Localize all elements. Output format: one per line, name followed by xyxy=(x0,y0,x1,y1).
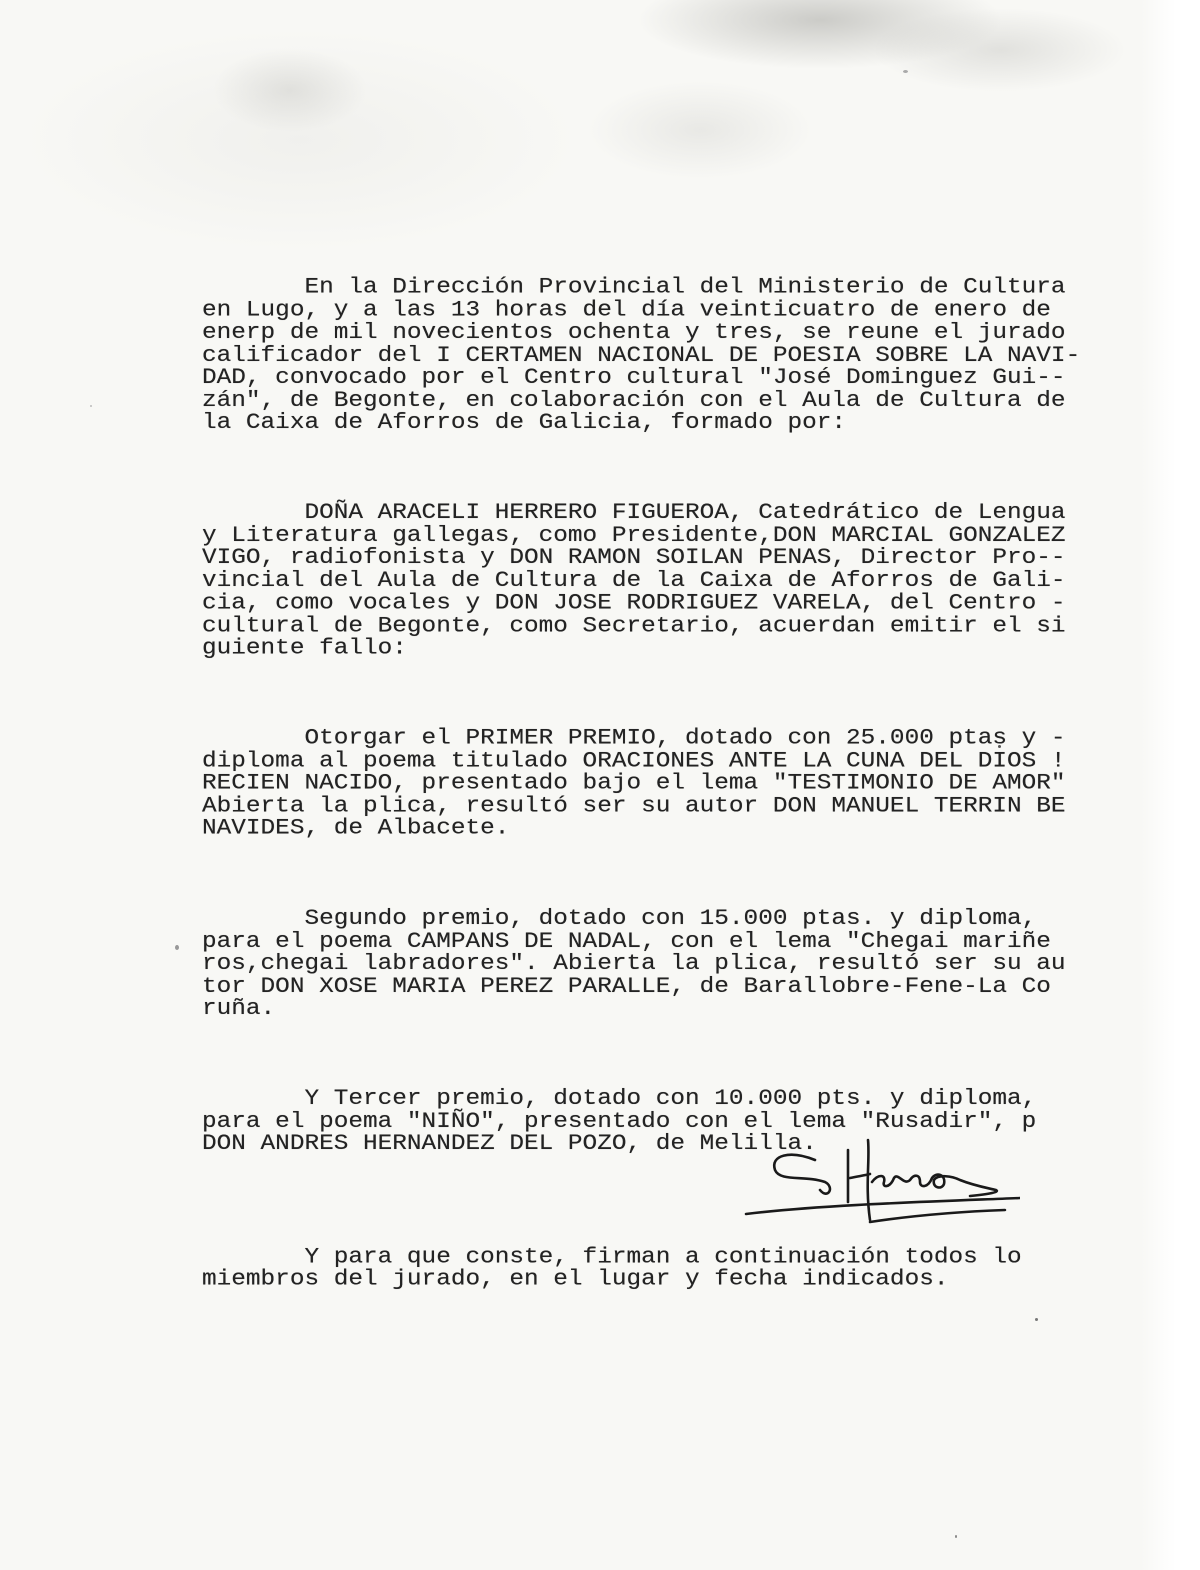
text-line: ros,chegai labradores". Abierta la plica… xyxy=(202,953,1102,976)
text-line: tor DON XOSE MARIA PEREZ PARALLE, de Bar… xyxy=(202,976,1102,999)
text-line: VIGO, radiofonista y DON RAMON SOILAN PE… xyxy=(202,548,1102,571)
text-line: diploma al poema titulado ORACIONES ANTE… xyxy=(202,750,1102,773)
text-line: Segundo premio, dotado con 15.000 ptas. … xyxy=(202,908,1102,931)
text-line: calificador del I CERTAMEN NACIONAL DE P… xyxy=(202,345,1102,368)
paragraph-first-prize: Otorgar el PRIMER PREMIO, dotado con 25.… xyxy=(202,728,1102,841)
signature xyxy=(720,1130,1020,1230)
page-edge-shadow xyxy=(1140,0,1200,1570)
paragraph-second-prize: Segundo premio, dotado con 15.000 ptas. … xyxy=(202,908,1102,1021)
text-line: enerp de mil novecientos ochenta y tres,… xyxy=(202,322,1102,345)
text-line: vincial del Aula de Cultura de la Caixa … xyxy=(202,570,1102,593)
text-line: en Lugo, y a las 13 horas del día veinti… xyxy=(202,300,1102,323)
paragraph-intro: En la Dirección Provincial del Ministeri… xyxy=(202,277,1102,435)
text-line: NAVIDES, de Albacete. xyxy=(202,818,1102,841)
photocopy-speck xyxy=(903,70,908,73)
text-line: la Caixa de Aforros de Galicia, formado … xyxy=(202,412,1102,435)
text-line: DOÑA ARACELI HERRERO FIGUEROA, Catedráti… xyxy=(202,502,1102,525)
text-line: miembros del jurado, en el lugar y fecha… xyxy=(202,1269,1102,1292)
text-line: DAD, convocado por el Centro cultural "J… xyxy=(202,367,1102,390)
text-line: Y para que conste, firman a continuación… xyxy=(202,1246,1102,1269)
photocopy-speck xyxy=(90,405,92,407)
text-line: zán", de Begonte, en colaboración con el… xyxy=(202,390,1102,413)
text-line: Abierta la plica, resultó ser su autor D… xyxy=(202,796,1102,819)
paragraph-closing: Y para que conste, firman a continuación… xyxy=(202,1246,1102,1291)
text-line: para el poema CAMPANS DE NADAL, con el l… xyxy=(202,931,1102,954)
text-line: RECIEN NACIDO, presentado bajo el lema "… xyxy=(202,773,1102,796)
text-line: ruña. xyxy=(202,998,1102,1021)
text-line: guiente fallo: xyxy=(202,638,1102,661)
scanned-page: En la Dirección Provincial del Ministeri… xyxy=(0,0,1200,1570)
photocopy-speck xyxy=(955,1535,957,1538)
text-line: Y Tercer premio, dotado con 10.000 pts. … xyxy=(202,1089,1102,1112)
text-line: cultural de Begonte, como Secretario, ac… xyxy=(202,615,1102,638)
text-line: Otorgar el PRIMER PREMIO, dotado con 25.… xyxy=(202,728,1102,751)
paragraph-jury-members: DOÑA ARACELI HERRERO FIGUEROA, Catedráti… xyxy=(202,502,1102,660)
text-line: y Literatura gallegas, como Presidente,D… xyxy=(202,525,1102,548)
text-line: cia, como vocales y DON JOSE RODRIGUEZ V… xyxy=(202,593,1102,616)
photocopy-speck xyxy=(175,945,179,950)
text-line: En la Dirección Provincial del Ministeri… xyxy=(202,277,1102,300)
